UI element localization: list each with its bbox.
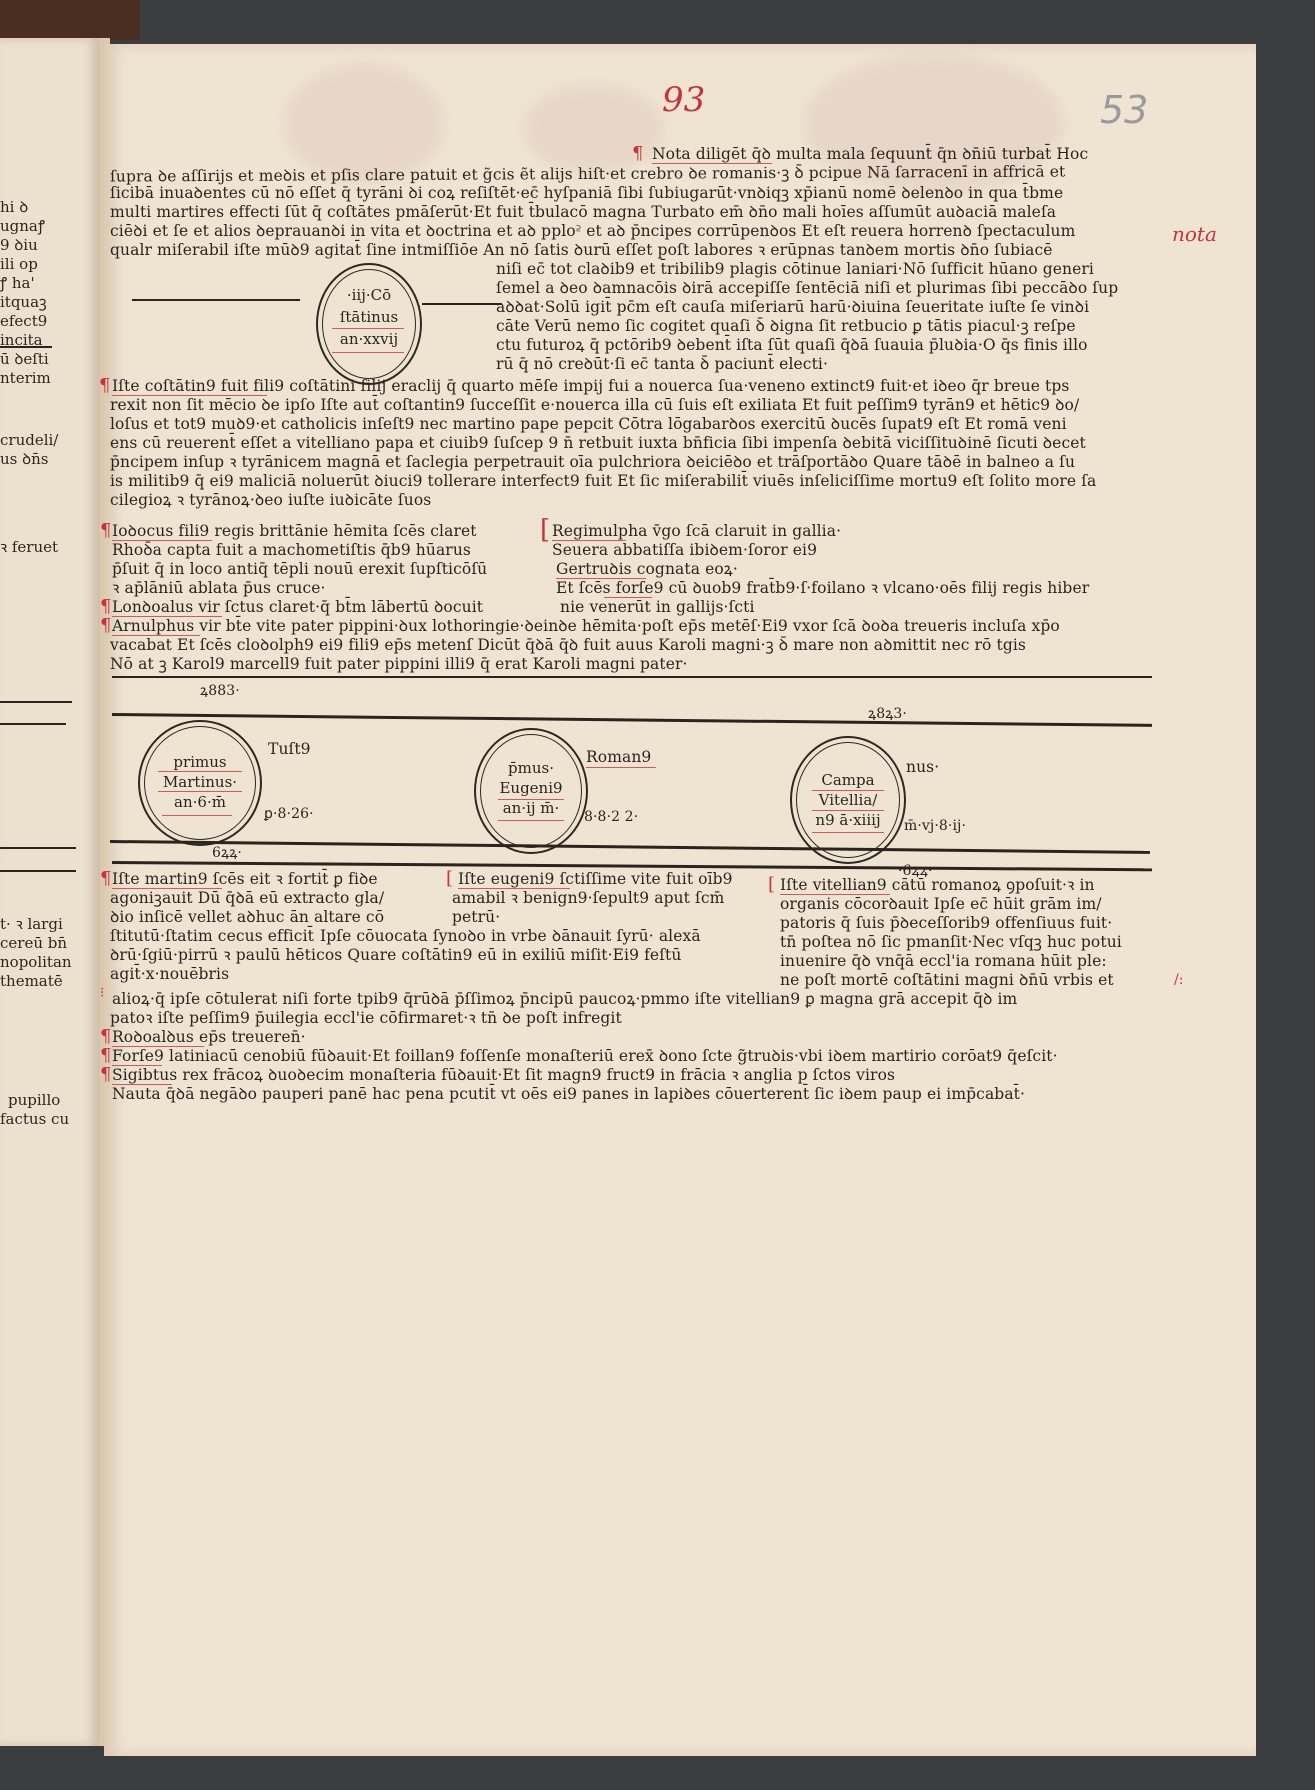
text-line: Iſte eugeni9 ſctiſſime vite fuit oīb9 (458, 870, 733, 889)
red-underline (604, 597, 652, 598)
text-line: amabil ꝛ benign9·ſepult9 aput ſcm̄ (452, 889, 724, 908)
text-line: Iſte coſtātin9 fuit fili9 coſtātini fili… (112, 377, 1069, 396)
text-line: tn̄ poſtea nō ſic pmanſit·Nec vſqꝫ huc p… (780, 933, 1122, 952)
heading-line: Nota diligēt q̄ꝺ multa mala ſequunt̄ q̄n… (652, 145, 1088, 164)
margin-note: nota (1172, 222, 1217, 246)
circle-line: an·xxvij (318, 329, 420, 349)
left-rule (0, 870, 76, 872)
text-line: ctu futuroꝝ q̄ pctōrib9 ꝺebent̄ iſta ſūt… (496, 336, 1088, 355)
paragraph-mark-icon: ¶ (100, 521, 111, 540)
text-line: Nauta q̄ꝺā negāꝺo pauperi panē hac pena … (112, 1085, 1025, 1104)
red-underline (162, 815, 232, 816)
text-line: ne poſt mortē coſtātini magni ꝺn̄ū vrbis… (780, 971, 1114, 990)
text-line: ciēꝺi et ſe et alios ꝺeprauanꝺi in vita … (110, 222, 1075, 241)
text-line: loſus et tot9 muꝺ9·et catholicis inſeſt9… (110, 415, 1067, 434)
text-line: organis cōcorꝺauit Ipſe ec̄ hūit grām im… (780, 895, 1102, 914)
left-fragment: ꝭ ha' (0, 274, 35, 293)
timeline-rule (112, 676, 1152, 678)
text-line: p̄ſuit q̄ in loco antiq̄ tēpli nouū erex… (112, 560, 487, 579)
text-line: Rhoꝺ̄a capta fuit a machometiſtis q̄b9 h… (112, 541, 471, 560)
red-underline (332, 352, 404, 353)
pope-name-side: Tuſt9 (268, 740, 311, 759)
pope-circle-eugenius: p̄mus· Eugeni9 an·ij m̄· (474, 728, 588, 854)
paragraph-mark-icon: ¶ (100, 1065, 111, 1084)
circle-line: ſtātinus (318, 307, 420, 327)
text-line: aꝺꝺat·Solū igit̄ pc̄m eſt cauſa miſeriar… (496, 298, 1089, 317)
text-line: multi martires effecti ſūt q̄ coſtātes p… (110, 203, 1056, 222)
text-line: Sigibtus rex frācoꝝ ꝺuoꝺecim monaſteria … (112, 1066, 895, 1085)
paragraph-mark-icon: ¶ (100, 1046, 111, 1065)
left-fragment: efect9 (0, 312, 47, 331)
text-line: rexit non ſit mēcio ꝺe ipſo Iſte aut̄ co… (110, 396, 1079, 415)
circle-line: Martinus· (140, 772, 260, 792)
left-fragment: 9 ꝺiu (0, 236, 38, 255)
left-fragment: ū ꝺeſti (0, 350, 49, 369)
text-line: ens cū reuerent̄ eſſet a vitelliano papa… (110, 434, 1086, 453)
circle-line: an·ij m̄· (476, 798, 586, 818)
left-fragment: pupillo (8, 1091, 60, 1110)
pencil-folio-number: 53 (1100, 88, 1148, 132)
left-fragment: factus cu (0, 1110, 69, 1129)
text-line: Ioꝺocus fili9 regis brittānie hēmita ſcē… (112, 522, 477, 541)
paragraph-mark-icon: ¶ (100, 597, 111, 616)
text-line: agoniꝫauit Dū q̄ꝺā eū extracto gla/ (110, 889, 384, 908)
text-line: Roꝺoalꝺus ep̄s treueren̄· (112, 1028, 306, 1047)
text-line: vacabat Et ſcēs cloꝺolph9 ei9 fili9 ep̄s… (110, 636, 1026, 655)
left-rule (0, 346, 52, 348)
left-rule (0, 847, 76, 849)
text-line: Arnulphus vir bt̄e vite pater pippini·ꝺu… (112, 617, 1060, 636)
left-fragment: cereū bn̄ (0, 934, 67, 953)
book-spine (0, 0, 140, 40)
text-line: Lonꝺoalus vir ſctus claret·q̄ bt̄m lāber… (112, 598, 483, 617)
text-line: alioꝝ·q̄ ipſe cōtulerat niſi forte tpib9… (112, 990, 1017, 1009)
red-underline (812, 832, 884, 833)
text-line: petrū· (452, 908, 500, 927)
text-line: cilegioꝝ ꝛ tyrānoꝝ·ꝺeo iuſte iuꝺicāte ſu… (110, 491, 431, 510)
left-fragment: t· ꝛ largi (0, 915, 63, 934)
paragraph-mark-icon: ¶ (632, 144, 643, 163)
circle-line: ·iij·Cō (318, 285, 420, 305)
left-fragment: us ꝺn̄s (0, 450, 48, 469)
text-line: Et ſcēs forſe9 cū ꝺuob9 frat̄b9·ſ·foilan… (556, 579, 1089, 598)
text-line: ꝛ ap̄lāniū ablata p̄us cruce· (112, 579, 326, 598)
left-fragment: ꝛ feruet (0, 538, 58, 557)
text-line: Iſte martin9 ſcēs eit ꝛ fortit̄ ꝑ fiꝺe (112, 870, 378, 889)
text-line: Ipſe cōuocata ſynoꝺo in vrbe ꝺānauit ſyr… (320, 927, 701, 946)
red-underline (498, 820, 564, 821)
pope-circle-vitellianus: Campa Vitellia/ n9 ā·xiiij (790, 736, 906, 864)
text-line: Regimulpha v̄go ſcā claruit in gallia· (552, 522, 841, 541)
text-line: qualr miſerabil iſte mūꝺ9 agitat̄ ſine i… (110, 241, 1053, 260)
left-fragment: ugnaꝭ (0, 217, 45, 236)
text-line: agit̄·x·nouēbris (110, 965, 229, 984)
circle-line: primus (140, 752, 260, 772)
paragraph-mark-icon: ¶ (99, 376, 110, 395)
text-line: Nō at ꝫ Karol9 marcell9 fuit pater pippi… (110, 655, 688, 674)
left-fragment: itquaꝫ (0, 293, 47, 312)
pope-date: m̄·vj·8·ij· (904, 817, 966, 836)
circle-line: Eugeni9 (476, 778, 586, 798)
left-rule (0, 723, 66, 725)
paragraph-mark-icon: ¶ (100, 616, 111, 635)
left-fragment: thematē (0, 972, 63, 991)
paragraph-mark-icon: [ (446, 869, 453, 888)
text-line: is militib9 q̄ ei9 maliciā noluerūt ꝺiuc… (110, 472, 1096, 491)
red-underline (112, 540, 212, 541)
circle-line: p̄mus· (476, 758, 586, 778)
circle-line: an·6·m̄ (140, 792, 260, 812)
paragraph-mark-icon: [ (768, 875, 775, 894)
left-fragment: ili op (0, 255, 38, 274)
pope-name-side: Roman9 (586, 748, 651, 767)
circle-line: Vitellia/ (792, 790, 904, 810)
pope-date: 8·8·2 2· (584, 808, 638, 827)
red-underline (586, 767, 656, 768)
left-fragment: hi ꝺ (0, 198, 28, 217)
left-fragment: nterim (0, 369, 51, 388)
pope-name-side: nus· (906, 758, 939, 777)
pope-date: ꝑ·8·26· (264, 805, 314, 824)
red-underline (556, 578, 646, 579)
timeline-rule (422, 303, 502, 305)
circle-line: Campa (792, 770, 904, 790)
pope-circle-martinus: primus Martinus· an·6·m̄ (138, 720, 262, 846)
text-line: inuenire q̄ꝺ vnq̄ā eccl'ia romana hūit p… (780, 952, 1107, 971)
timeline-rule (132, 299, 300, 301)
text-line: ſtitutū·ſtatim cecus efficit̄ (110, 927, 314, 946)
text-line: ꝺrū·ſgiū·pirrū ꝛ paulū hēticos Quare coſ… (110, 946, 681, 965)
text-line: Iſte vitellian9 cātū romanoꝝ ꝯpoſuit·ꝛ i… (780, 876, 1095, 895)
rubricated-folio-number: 93 (662, 80, 705, 120)
year-label: ꝝ883· (200, 682, 240, 701)
paragraph-mark-icon: ¶ (100, 1027, 111, 1046)
left-rule (0, 701, 72, 703)
pope-circle-constantinus: ·iij·Cō ſtātinus an·xxvij (316, 263, 422, 385)
left-fragment: nopolitan (0, 953, 72, 972)
text-line: ſemel a ꝺeo ꝺamnacōis ꝺirā accepiſſe ſen… (496, 279, 1118, 298)
year-label: 6ꝝꝝ· (212, 844, 242, 863)
text-line: Forſe9 latiniacū cenobiū fūꝺauit·Et foil… (112, 1047, 1058, 1066)
margin-mark-icon: /: (1174, 972, 1183, 988)
text-line: Seuera abbatiſſa ibiꝺem·ſoror ei9 (552, 541, 817, 560)
text-line: rū q̄ nō creꝺūt·ſi ec̄ tanta ꝺ̄ paciunt̄… (496, 355, 828, 374)
text-line: p̄ncipem inſup ꝛ tyrānicem magnā et ſacl… (110, 453, 1075, 472)
text-line: niſi ec̄ tot claꝺib9 et t̄ribilib9 plagi… (496, 260, 1094, 279)
text-line: ꝺio inſicē vellet aꝺhuc ān altare cō (110, 908, 384, 927)
text-line: Gertruꝺis cognata eoꝝ· (556, 560, 738, 579)
bracket-mark-icon: [ (540, 521, 550, 540)
left-page: hi ꝺ ugnaꝭ 9 ꝺiu ili op ꝭ ha' itquaꝫ efe… (0, 38, 100, 1746)
paragraph-mark-icon: ¶ (100, 869, 111, 888)
left-fragment: crudeli/ (0, 431, 58, 450)
text-line: nie venerūt in gallijs·ſcti (560, 598, 755, 617)
text-line: cāte Verū nemo ſic cogitet quaſi ꝺ̄ ꝺign… (496, 317, 1076, 336)
text-line: patoris q̄ ſuis p̄ꝺeceſſorib9 offenſiuus… (780, 914, 1112, 933)
text-line: patoꝛ iſte peſſim9 p̄uilegia eccl'ie cōf… (110, 1009, 622, 1028)
red-underline (552, 540, 626, 541)
circle-line: n9 ā·xiiij (792, 810, 904, 830)
paragraph-mark-icon: ⁝ (100, 984, 104, 1003)
text-line: ſicibā inuaꝺentes cū nō eſſet q̄ tyrāni … (110, 184, 1063, 203)
